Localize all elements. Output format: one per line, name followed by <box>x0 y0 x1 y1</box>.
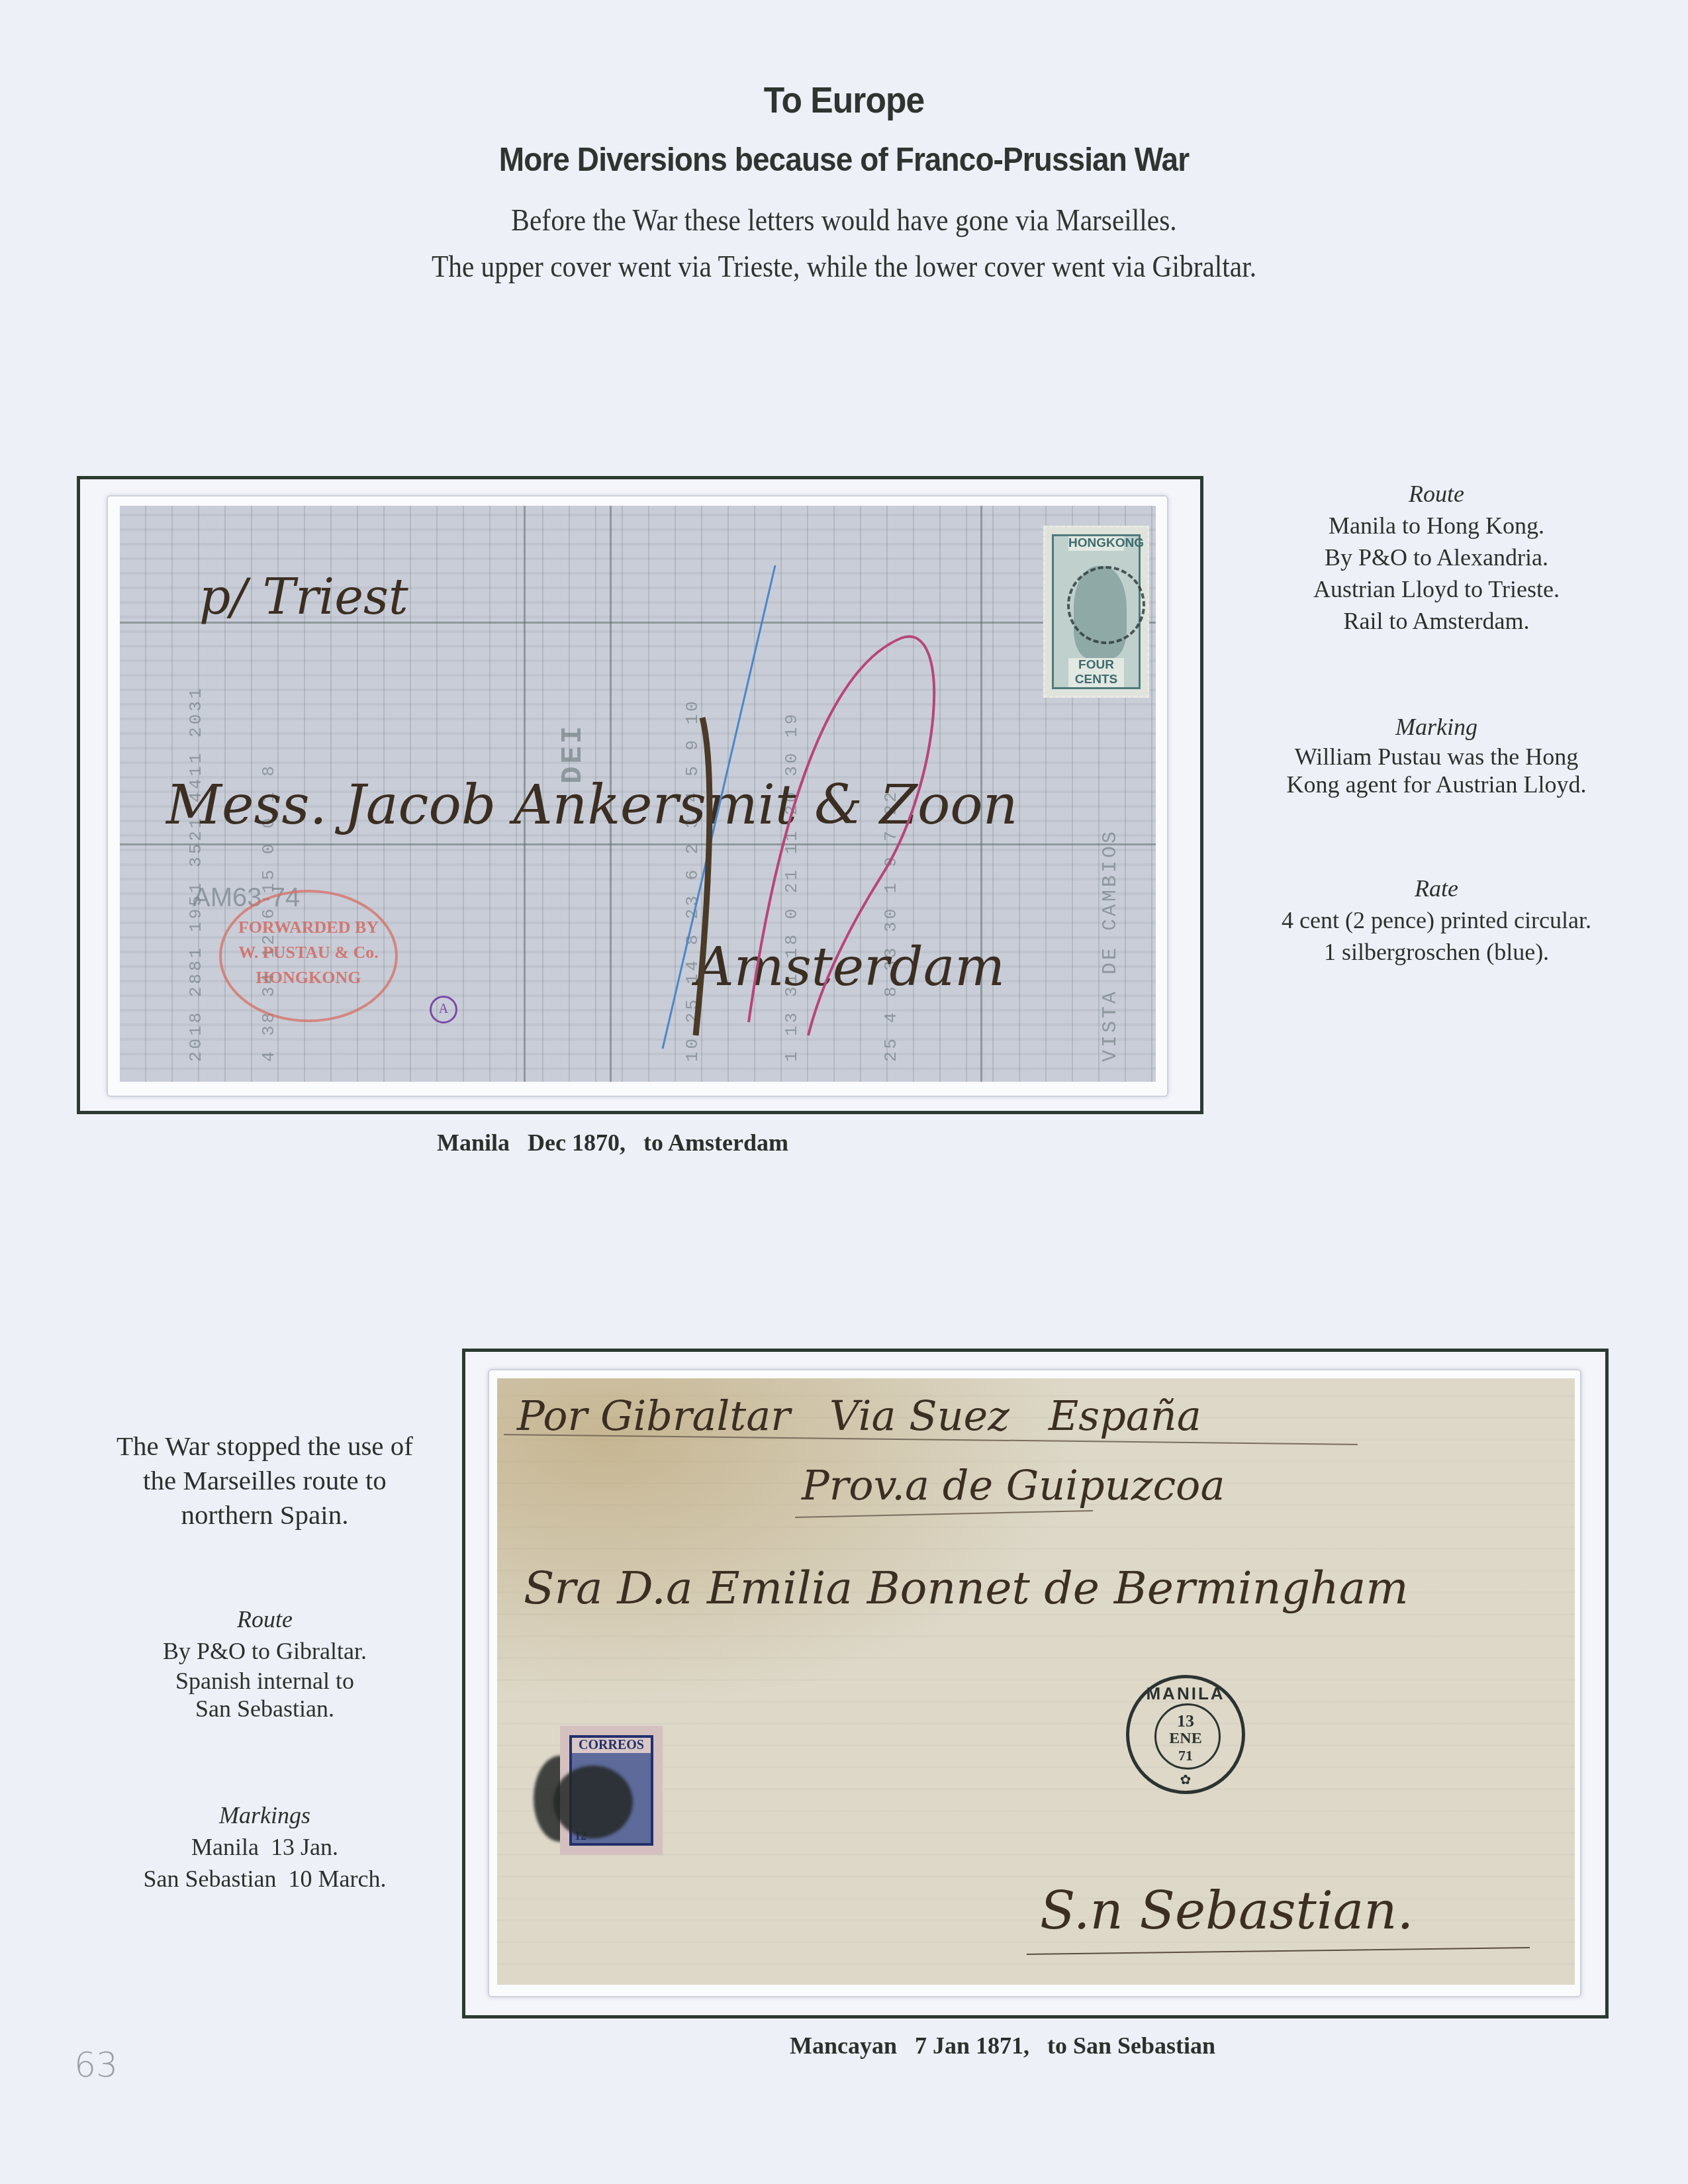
postmark-city: MANILA <box>1129 1684 1242 1704</box>
lower-cover-frame: Por Gibraltar Via Suez España Prov.a de … <box>462 1349 1609 2018</box>
note-heading: Marking <box>1211 711 1662 743</box>
note-heading: Markings <box>60 1799 470 1831</box>
postmark-star-icon: ✿ <box>1129 1772 1242 1788</box>
note-heading: Route <box>1211 478 1662 510</box>
note-line: San Sebastian 10 March. <box>60 1863 470 1895</box>
stamp-label: CORREOS <box>572 1738 651 1753</box>
markings-note: Markings Manila 13 Jan. San Sebastian 10… <box>60 1799 470 1895</box>
lower-cover-envelope: Por Gibraltar Via Suez España Prov.a de … <box>497 1378 1575 1985</box>
manila-postmark: MANILA 13 ENE 71 ✿ <box>1126 1675 1245 1794</box>
note-line: Kong agent for Austrian Lloyd. <box>1211 771 1662 798</box>
intro-line: the Marseilles route to <box>60 1463 470 1497</box>
page-title: To Europe <box>68 78 1620 121</box>
cachet-line: W. PUSTAU & Co. <box>222 940 395 965</box>
page-number: 63 <box>74 2046 118 2085</box>
cachet-line: FORWARDED BY <box>222 915 395 940</box>
violet-circle-mark-icon: A <box>430 996 457 1023</box>
upper-cover-caption: Manila Dec 1870, to Amsterdam <box>437 1129 788 1157</box>
route-note: Route By P&O to Gibraltar. Spanish inter… <box>60 1603 470 1723</box>
address-underlines-icon <box>497 1378 1575 1985</box>
note-line: Manila to Hong Kong. <box>1211 510 1662 542</box>
cachet-line: HONGKONG <box>222 965 395 990</box>
note-line: Manila 13 Jan. <box>60 1831 470 1863</box>
lower-cover-notes: The War stopped the use of the Marseille… <box>60 1429 470 1971</box>
cancel-ink-blot <box>553 1766 633 1838</box>
intro-line-1: Before the War these letters would have … <box>85 203 1604 238</box>
upper-cover-frame: 2018 2881 1951 3521 4411 2031 4 38 34 12… <box>77 476 1203 1114</box>
note-line: 1 silbergroschen (blue). <box>1211 936 1662 968</box>
note-line: Austrian Lloyd to Trieste. <box>1211 573 1662 605</box>
upper-cover-envelope: 2018 2881 1951 3521 4411 2031 4 38 34 12… <box>120 506 1156 1082</box>
lower-cover-intro: The War stopped the use of the Marseille… <box>60 1429 470 1532</box>
lower-cover-caption: Mancayan 7 Jan 1871, to San Sebastian <box>790 2032 1215 2060</box>
page-subtitle: More Diversions because of Franco-Prussi… <box>68 140 1620 179</box>
route-note: Route Manila to Hong Kong. By P&O to Ale… <box>1211 478 1662 637</box>
note-heading: Route <box>60 1603 470 1635</box>
postmark-year: 71 <box>1129 1747 1242 1764</box>
note-line: San Sebastian. <box>60 1695 470 1723</box>
note-line: By P&O to Gibraltar. <box>60 1635 470 1667</box>
note-line: Rail to Amsterdam. <box>1211 605 1662 637</box>
forwarding-agent-cachet: FORWARDED BY W. PUSTAU & Co. HONGKONG <box>219 890 398 1022</box>
intro-line: The War stopped the use of <box>60 1429 470 1463</box>
note-heading: Rate <box>1211 873 1662 904</box>
rate-note: Rate 4 cent (2 pence) printed circular. … <box>1211 873 1662 968</box>
postmark-month: ENE <box>1129 1730 1242 1748</box>
upper-cover-notes: Route Manila to Hong Kong. By P&O to Ale… <box>1211 478 1662 1042</box>
note-line: William Pustau was the Hong <box>1211 743 1662 771</box>
note-line: Spanish internal to <box>60 1667 470 1695</box>
note-line: 4 cent (2 pence) printed circular. <box>1211 904 1662 936</box>
spanish-colonial-stamp: CORREOS 12 <box>560 1726 663 1855</box>
intro-line: northern Spain. <box>60 1497 470 1532</box>
intro-line-2: The upper cover went via Trieste, while … <box>85 249 1604 284</box>
marking-note: Marking William Pustau was the Hong Kong… <box>1211 711 1662 798</box>
note-line: By P&O to Alexandria. <box>1211 542 1662 573</box>
postmark-day: 13 <box>1129 1711 1242 1731</box>
